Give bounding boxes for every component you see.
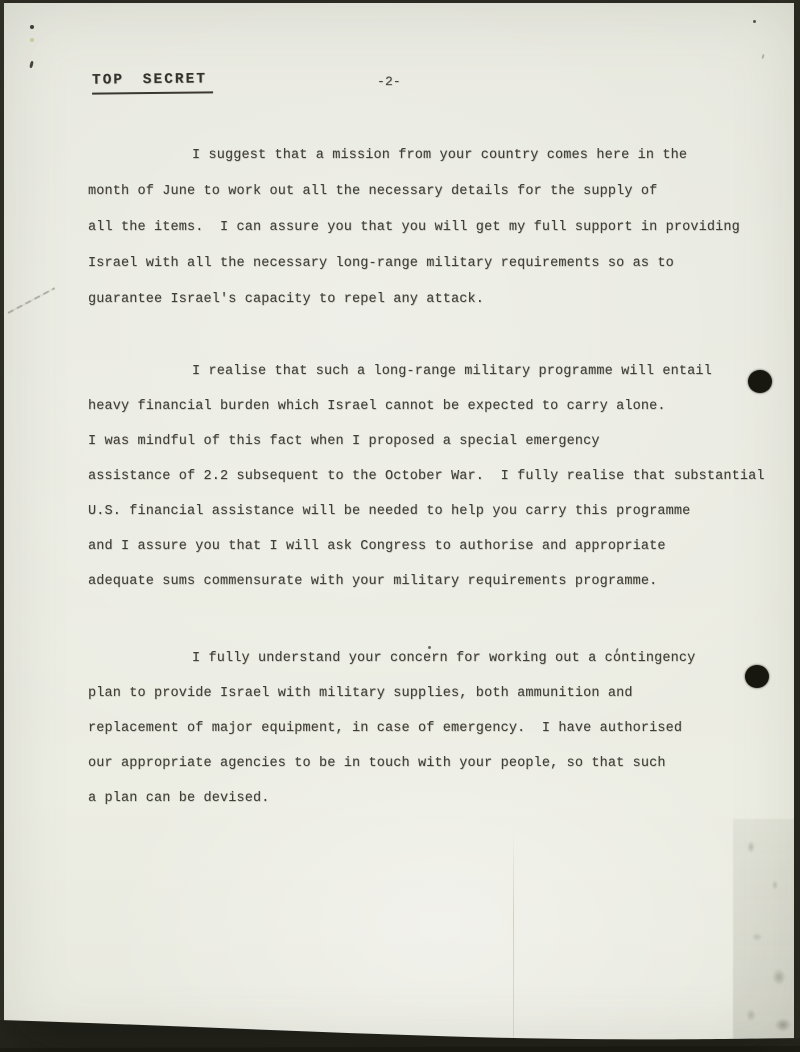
paragraph-1: I suggest that a mission from your count… [88,138,778,318]
fold-line-mark [513,830,514,1040]
page-header: TOP SECRET -2- [92,70,712,94]
ink-speck [29,61,34,69]
scan-edge-left [0,0,4,1052]
text-line: Israel with all the necessary long-range… [88,246,778,282]
text-line: month of June to work out all the necess… [88,174,778,210]
paragraph-2: I realise that such a long-range militar… [88,354,778,599]
scan-edge-top [0,0,800,3]
text-line: our appropriate agencies to be in touch … [88,746,778,781]
text-line: heavy financial burden which Israel cann… [88,389,778,424]
text-line: all the items. I can assure you that you… [88,210,778,246]
ink-speck [30,38,34,42]
text-line: I suggest that a mission from your count… [88,138,778,174]
ink-speck [428,646,431,649]
hole-punch-mark [748,370,772,393]
text-line: replacement of major equipment, in case … [88,711,778,746]
text-line: guarantee Israel's capacity to repel any… [88,282,778,318]
ink-speck [761,54,764,59]
ink-speck [30,25,34,29]
text-line: assistance of 2.2 subsequent to the Octo… [88,459,778,494]
text-line: I was mindful of this fact when I propos… [88,424,778,459]
text-line: plan to provide Israel with military sup… [88,676,778,711]
classification-stamp: TOP SECRET [92,71,213,94]
scan-edge-right [794,0,800,1052]
text-line: I realise that such a long-range militar… [88,354,778,389]
paragraph-3: I fully understand your concern for work… [88,641,778,816]
text-line: I fully understand your concern for work… [88,641,778,676]
scanned-document-page: TOP SECRET -2- I suggest that a mission … [0,0,800,1052]
scan-shadow-bottom [0,1010,800,1052]
text-line: U.S. financial assistance will be needed… [88,494,778,529]
page-number: -2- [377,74,401,89]
text-line: and I assure you that I will ask Congres… [88,529,778,564]
text-line: adequate sums commensurate with your mil… [88,564,778,599]
ink-speck [753,20,756,23]
hole-punch-mark [745,665,769,688]
text-line: a plan can be devised. [88,781,778,816]
crease-mark [8,287,56,314]
